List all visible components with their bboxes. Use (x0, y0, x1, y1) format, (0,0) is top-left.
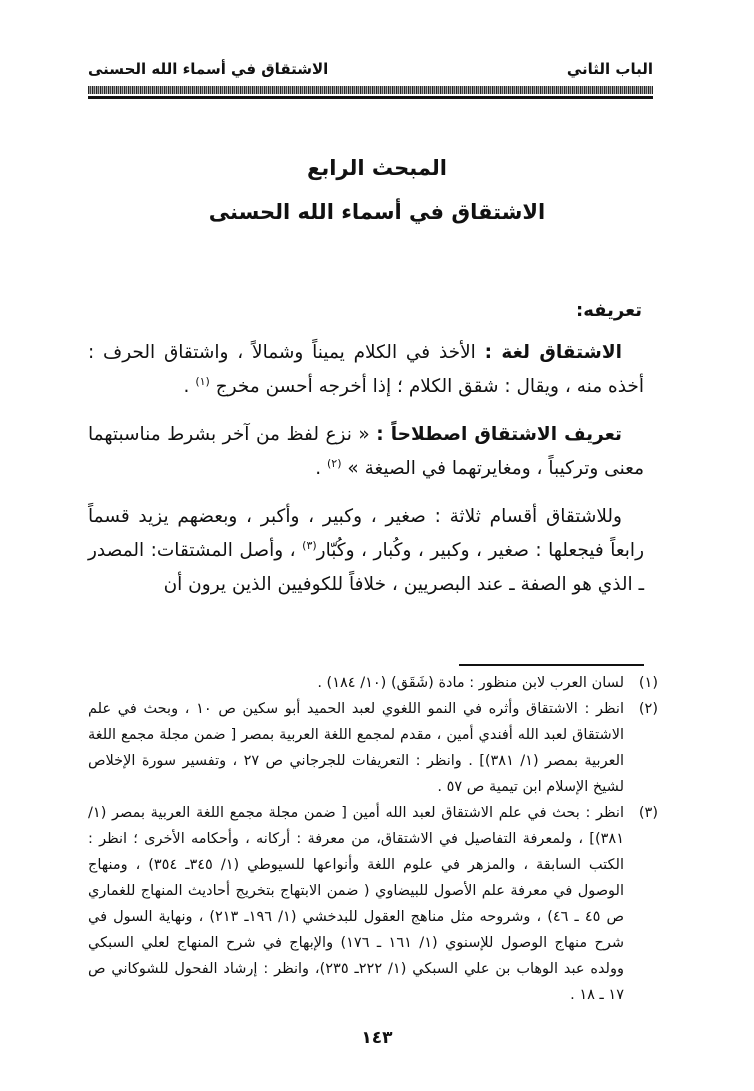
footnote-text: انظر : الاشتقاق وأثره في النمو اللغوي لع… (88, 696, 624, 800)
paragraph-tail: . (315, 458, 327, 479)
footnote-text: لسان العرب لابن منظور : مادة (شَقَق) (١٠… (88, 670, 624, 696)
paragraph-technical-definition: تعريف الاشتقاق اصطلاحاً : « نزع لفظ من آ… (88, 418, 644, 486)
footnote-1: (١) لسان العرب لابن منظور : مادة (شَقَق)… (88, 670, 658, 696)
running-head-chapter: الباب الثاني (567, 60, 653, 78)
paragraph-types: وللاشتقاق أقسام ثلاثة : صغير ، وكبير ، و… (88, 500, 644, 602)
footnote-ref-2[interactable]: (٢) (327, 457, 342, 470)
footnote-ref-3[interactable]: (٣) (302, 539, 317, 552)
running-head: الباب الثاني الاشتقاق في أسماء الله الحس… (88, 60, 653, 84)
footnote-number: (١) (624, 670, 658, 696)
footnotes: (١) لسان العرب لابن منظور : مادة (شَقَق)… (88, 670, 658, 1008)
footnote-number: (٣) (624, 800, 658, 1008)
body-text: الاشتقاق لغة : الأخذ في الكلام يميناً وش… (88, 336, 644, 616)
paragraph-lead: تعريف الاشتقاق اصطلاحاً : (376, 424, 622, 445)
running-head-topic: الاشتقاق في أسماء الله الحسنى (88, 60, 328, 78)
footnote-2: (٢) انظر : الاشتقاق وأثره في النمو اللغو… (88, 696, 658, 800)
footnote-3: (٣) انظر : بحث في علم الاشتقاق لعبد الله… (88, 800, 658, 1008)
header-hatched-rule (88, 86, 653, 94)
page-number: ١٤٣ (0, 1028, 754, 1048)
footnote-separator (459, 664, 644, 666)
footnote-text: انظر : بحث في علم الاشتقاق لعبد الله أمي… (88, 800, 624, 1008)
footnote-ref-1[interactable]: (١) (195, 375, 210, 388)
book-page: الباب الثاني الاشتقاق في أسماء الله الحس… (0, 0, 754, 1091)
header-solid-rule (88, 96, 653, 99)
paragraph-lead: الاشتقاق لغة : (485, 342, 622, 363)
definition-heading: تعريفه: (576, 300, 642, 321)
footnote-number: (٢) (624, 696, 658, 800)
section-subtitle: الاشتقاق في أسماء الله الحسنى (0, 200, 754, 224)
paragraph-tail: . (184, 376, 196, 397)
paragraph-linguistic-definition: الاشتقاق لغة : الأخذ في الكلام يميناً وش… (88, 336, 644, 404)
section-title: المبحث الرابع (0, 156, 754, 180)
